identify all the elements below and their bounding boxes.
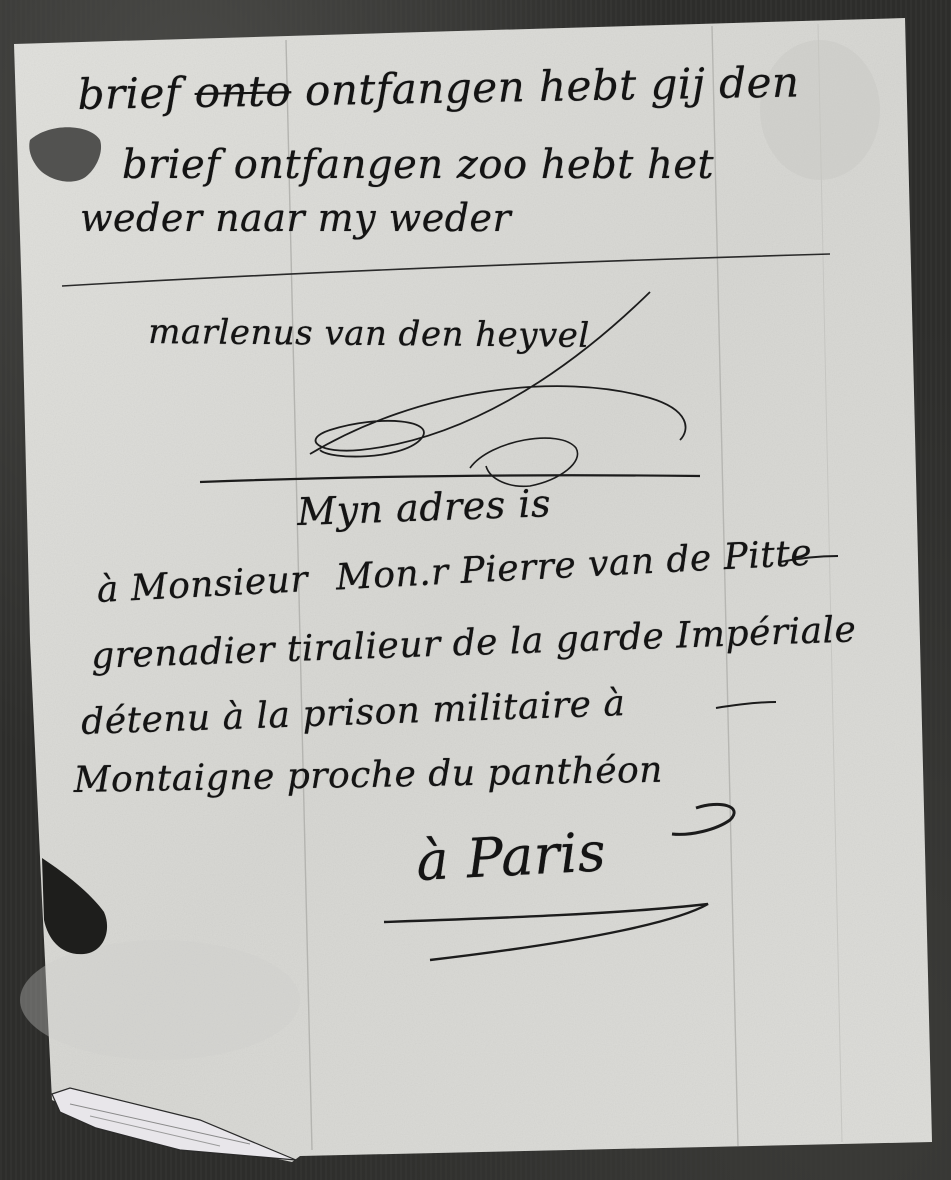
letter-paper: brief onto ontfangen hebt gij den brief …: [0, 0, 951, 1180]
address-intro: Myn adres is: [296, 481, 551, 534]
struck-word: onto: [194, 66, 291, 117]
address-city: à Paris: [415, 820, 608, 893]
message-line-1-start: brief: [77, 68, 195, 119]
message-line-1-end: ontfangen hebt gij den: [291, 57, 800, 115]
message-line-2: brief ontfangen zoo hebt het: [122, 142, 714, 188]
message-line-3: weder naar my weder: [80, 196, 511, 240]
sender-signature: marlenus van den heyvel: [148, 312, 590, 356]
